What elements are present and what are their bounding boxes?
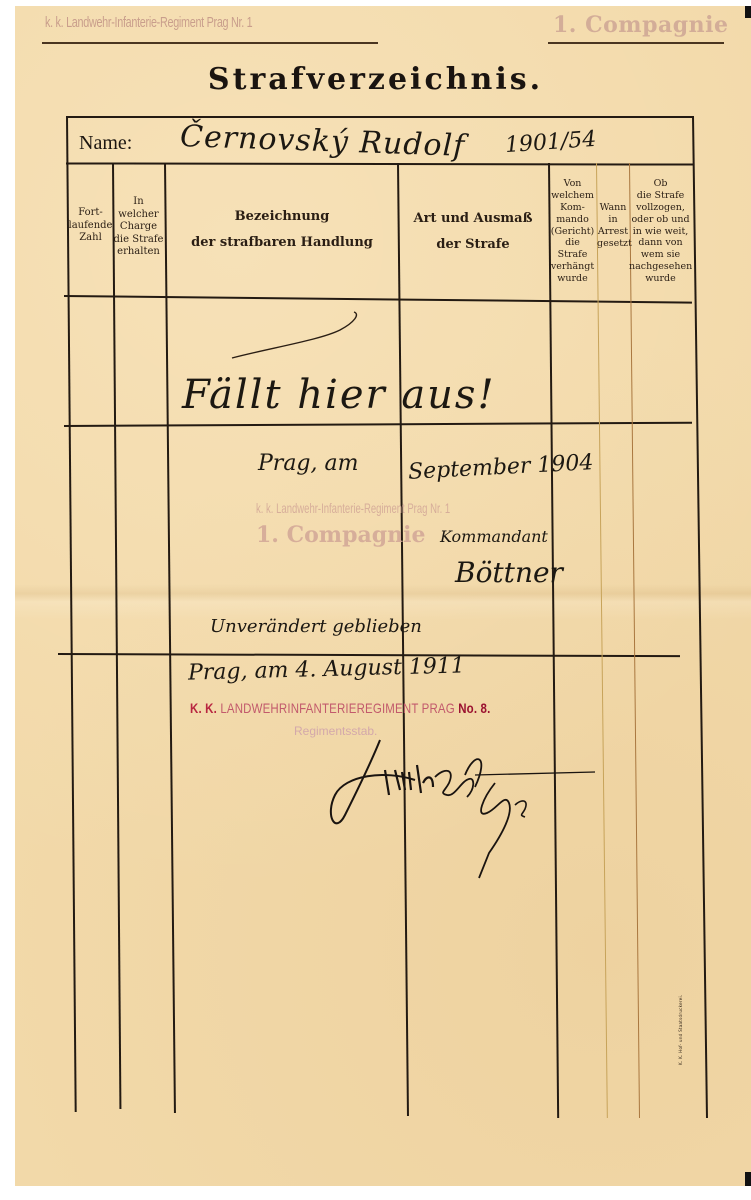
printer-imprint: K. K. Hof- und Staatsdruckerei.: [678, 995, 683, 1066]
company-stamp-top: 1. Compagnie: [553, 12, 728, 38]
regiment-staff-stamp: K. K. LANDWEHRINFANTERIEREGIMENT PRAG No…: [190, 700, 490, 716]
company-stamp-line2: 1. Compagnie: [256, 522, 425, 548]
signature-fuerth: [325, 735, 605, 885]
entry-void-note: Fällt hier aus!: [182, 372, 496, 418]
table-top-border: [66, 116, 693, 118]
column-header-offence: Bezeichnung der strafbaren Handlung: [166, 204, 398, 256]
column-header-executed: Ob die Strafe vollzogen, oder ob und in …: [629, 178, 692, 285]
scan-edge: [745, 6, 751, 18]
column-header-court: Von welchem Kom- mando (Gericht) die Str…: [549, 178, 596, 285]
regiment-underline: [42, 42, 378, 44]
scan-edge: [745, 1172, 751, 1186]
company-underline: [548, 42, 724, 44]
page-title: Strafverzeichnis.: [0, 62, 751, 97]
column-header-rank: In welcher Charge die Strafe erhalten: [113, 196, 164, 259]
column-header-arrest-date: Wann in Arrest gesetzt: [597, 202, 629, 250]
flourish-stroke: [230, 310, 370, 360]
entry-signature-1: Böttner: [455, 556, 563, 589]
entry-unchanged-note: Unverändert geblieben: [210, 616, 422, 637]
regiment-stamp-top: k. k. Landwehr-Infanterie-Regiment Prag …: [45, 14, 252, 31]
company-stamp-line1: k. k. Landwehr-Infanterie-Regiment Prag …: [256, 500, 450, 516]
entry-place-date: Prag, am: [258, 451, 358, 476]
column-header-number: Fort- laufende Zahl: [68, 207, 113, 245]
name-label: Name:: [79, 132, 132, 155]
column-header-punishment: Art und Ausmaß der Strafe: [398, 206, 548, 258]
entry-role: Kommandant: [440, 527, 548, 546]
